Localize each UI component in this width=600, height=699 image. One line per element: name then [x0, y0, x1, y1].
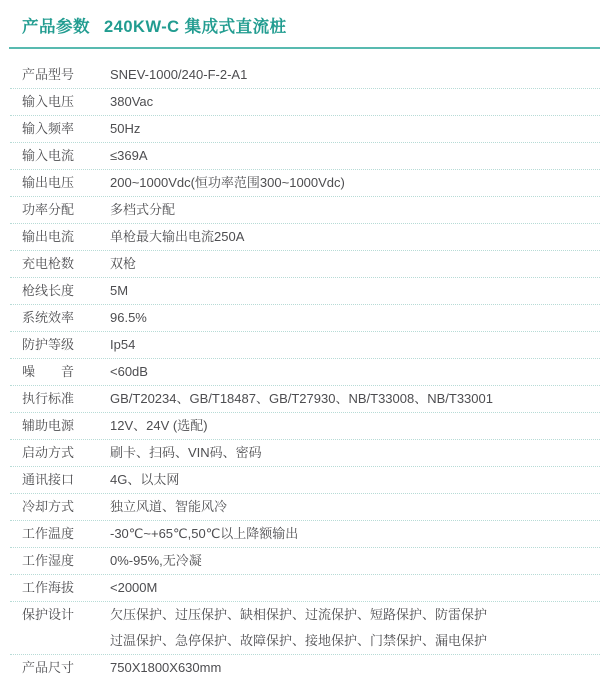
- spec-value: 双枪: [110, 251, 600, 277]
- spec-label: 充电枪数: [22, 251, 110, 277]
- spec-row: 输入频率 50Hz: [10, 116, 600, 143]
- spec-label: 工作温度: [22, 521, 110, 547]
- spec-label: 输入频率: [22, 116, 110, 142]
- spec-label: 系统效率: [22, 305, 110, 331]
- spec-row: 系统效率 96.5%: [10, 305, 600, 332]
- spec-table: 产品型号 SNEV-1000/240-F-2-A1 输入电压 380Vac 输入…: [10, 62, 600, 682]
- spec-value: 刷卡、扫码、VIN码、密码: [110, 440, 600, 466]
- spec-value: 多档式分配: [110, 197, 600, 223]
- spec-value: 50Hz: [110, 116, 600, 142]
- spec-label: 启动方式: [22, 440, 110, 466]
- page-header: 产品参数240KW-C 集成式直流桩: [0, 0, 600, 37]
- spec-value-line: 过温保护、急停保护、故障保护、接地保护、门禁保护、漏电保护: [110, 628, 600, 654]
- spec-row: 保护设计 欠压保护、过压保护、缺相保护、过流保护、短路保护、防雷保护过温保护、急…: [10, 602, 600, 655]
- spec-row: 输入电压 380Vac: [10, 89, 600, 116]
- spec-value-line: Ip54: [110, 332, 600, 358]
- product-spec-page: 产品参数240KW-C 集成式直流桩 产品型号 SNEV-1000/240-F-…: [0, 0, 600, 699]
- spec-row: 启动方式 刷卡、扫码、VIN码、密码: [10, 440, 600, 467]
- spec-value-line: -30℃~+65℃,50℃以上降额输出: [110, 521, 600, 547]
- spec-value-line: ≤369A: [110, 143, 600, 169]
- spec-row: 辅助电源 12V、24V (选配): [10, 413, 600, 440]
- page-title-model: 240KW-C 集成式直流桩: [104, 18, 287, 36]
- spec-value-line: 5M: [110, 278, 600, 304]
- spec-value: <2000M: [110, 575, 600, 601]
- spec-label: 执行标准: [22, 386, 110, 412]
- spec-value-line: 750X1800X630mm: [110, 655, 600, 681]
- spec-value-line: SNEV-1000/240-F-2-A1: [110, 62, 600, 88]
- spec-label: 产品尺寸: [22, 655, 110, 681]
- spec-value-line: 独立风道、智能风冷: [110, 494, 600, 520]
- spec-value-line: 200~1000Vdc(恒功率范围300~1000Vdc): [110, 170, 600, 196]
- spec-value: 4G、以太网: [110, 467, 600, 493]
- spec-value: 5M: [110, 278, 600, 304]
- spec-label: 工作海拔: [22, 575, 110, 601]
- spec-label: 枪线长度: [22, 278, 110, 304]
- spec-row: 枪线长度 5M: [10, 278, 600, 305]
- spec-value-line: 12V、24V (选配): [110, 413, 600, 439]
- spec-value: ≤369A: [110, 143, 600, 169]
- spec-value-line: 刷卡、扫码、VIN码、密码: [110, 440, 600, 466]
- spec-value: 750X1800X630mm: [110, 655, 600, 681]
- spec-value-line: <2000M: [110, 575, 600, 601]
- spec-row: 噪 音 <60dB: [10, 359, 600, 386]
- spec-value: 200~1000Vdc(恒功率范围300~1000Vdc): [110, 170, 600, 196]
- spec-label: 功率分配: [22, 197, 110, 223]
- spec-value: -30℃~+65℃,50℃以上降额输出: [110, 521, 600, 547]
- spec-row: 功率分配 多档式分配: [10, 197, 600, 224]
- spec-label: 输出电压: [22, 170, 110, 196]
- spec-value: Ip54: [110, 332, 600, 358]
- spec-value-line: 双枪: [110, 251, 600, 277]
- spec-value: 12V、24V (选配): [110, 413, 600, 439]
- spec-row: 工作海拔 <2000M: [10, 575, 600, 602]
- spec-label: 冷却方式: [22, 494, 110, 520]
- page-title: 产品参数240KW-C 集成式直流桩: [22, 13, 600, 37]
- spec-row: 防护等级 Ip54: [10, 332, 600, 359]
- spec-value: 欠压保护、过压保护、缺相保护、过流保护、短路保护、防雷保护过温保护、急停保护、故…: [110, 602, 600, 654]
- spec-value: 96.5%: [110, 305, 600, 331]
- spec-value-line: 380Vac: [110, 89, 600, 115]
- spec-value: SNEV-1000/240-F-2-A1: [110, 62, 600, 88]
- spec-value-line: 多档式分配: [110, 197, 600, 223]
- spec-label: 输入电流: [22, 143, 110, 169]
- spec-row: 输出电流 单枪最大输出电流250A: [10, 224, 600, 251]
- spec-value: 独立风道、智能风冷: [110, 494, 600, 520]
- spec-row: 工作温度 -30℃~+65℃,50℃以上降额输出: [10, 521, 600, 548]
- spec-label: 防护等级: [22, 332, 110, 358]
- spec-row: 产品尺寸 750X1800X630mm: [10, 655, 600, 682]
- spec-row: 工作湿度 0%-95%,无冷凝: [10, 548, 600, 575]
- spec-value-line: 0%-95%,无冷凝: [110, 548, 600, 574]
- spec-value: 0%-95%,无冷凝: [110, 548, 600, 574]
- spec-row: 输出电压 200~1000Vdc(恒功率范围300~1000Vdc): [10, 170, 600, 197]
- spec-label: 保护设计: [22, 602, 110, 628]
- spec-value-line: 欠压保护、过压保护、缺相保护、过流保护、短路保护、防雷保护: [110, 602, 600, 628]
- spec-value-line: <60dB: [110, 359, 600, 385]
- spec-label: 输出电流: [22, 224, 110, 250]
- spec-row: 通讯接口 4G、以太网: [10, 467, 600, 494]
- spec-value: GB/T20234、GB/T18487、GB/T27930、NB/T33008、…: [110, 386, 600, 412]
- spec-value: 380Vac: [110, 89, 600, 115]
- spec-row: 执行标准 GB/T20234、GB/T18487、GB/T27930、NB/T3…: [10, 386, 600, 413]
- spec-value-line: 4G、以太网: [110, 467, 600, 493]
- spec-label: 噪 音: [22, 359, 110, 385]
- spec-value: <60dB: [110, 359, 600, 385]
- spec-row: 输入电流 ≤369A: [10, 143, 600, 170]
- page-title-section: 产品参数: [22, 18, 90, 36]
- spec-value-line: 单枪最大输出电流250A: [110, 224, 600, 250]
- spec-value: 单枪最大输出电流250A: [110, 224, 600, 250]
- spec-value-line: GB/T20234、GB/T18487、GB/T27930、NB/T33008、…: [110, 386, 600, 412]
- spec-label: 通讯接口: [22, 467, 110, 493]
- spec-row: 充电枪数 双枪: [10, 251, 600, 278]
- spec-label: 输入电压: [22, 89, 110, 115]
- spec-value-line: 96.5%: [110, 305, 600, 331]
- spec-label: 产品型号: [22, 62, 110, 88]
- spec-value-line: 50Hz: [110, 116, 600, 142]
- header-divider-rule: [9, 47, 600, 49]
- spec-label: 工作湿度: [22, 548, 110, 574]
- spec-row: 冷却方式 独立风道、智能风冷: [10, 494, 600, 521]
- spec-label: 辅助电源: [22, 413, 110, 439]
- spec-row: 产品型号 SNEV-1000/240-F-2-A1: [10, 62, 600, 89]
